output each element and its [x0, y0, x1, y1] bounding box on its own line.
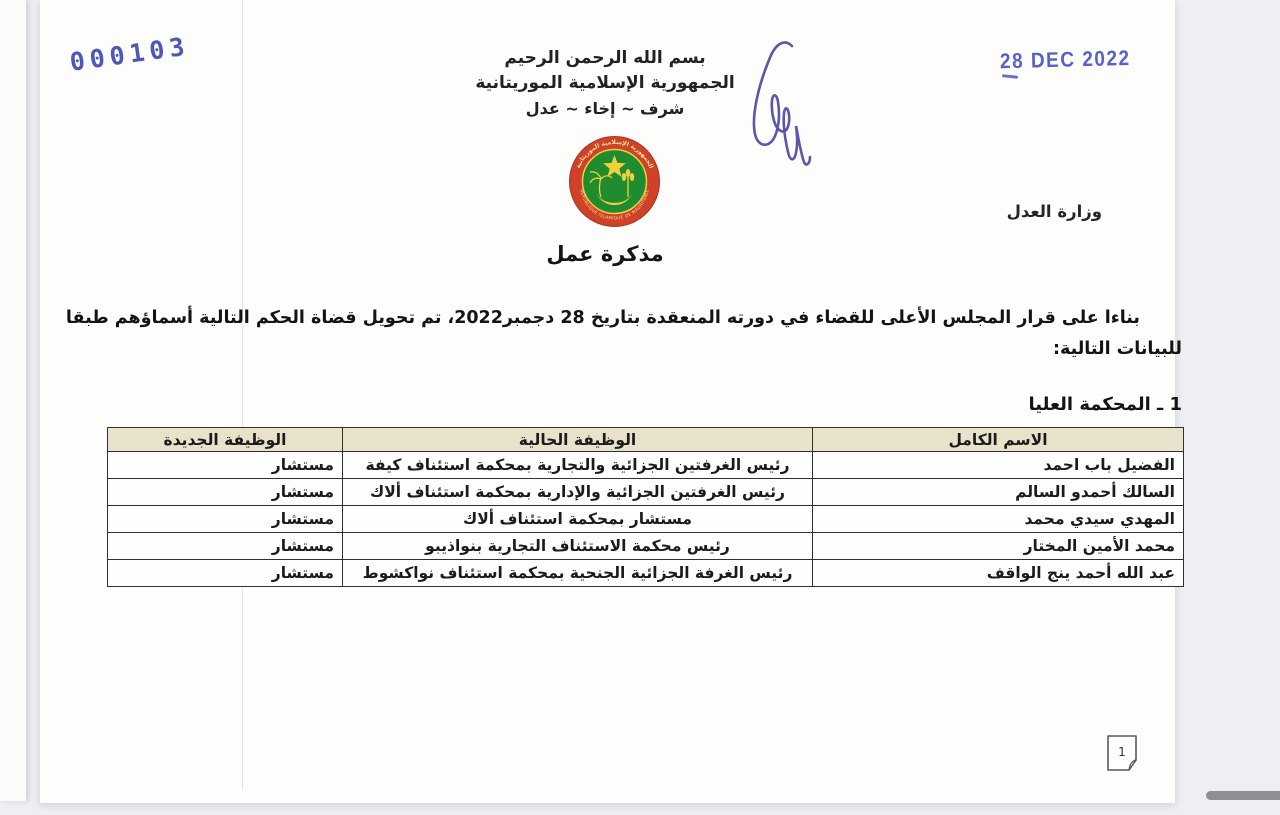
cell-new-position: مستشار: [108, 479, 343, 506]
cell-name: السالك أحمدو السالم: [813, 479, 1184, 506]
cell-name: الفضيل باب احمد: [813, 452, 1184, 479]
horizontal-scrollbar-thumb[interactable]: [1206, 791, 1280, 800]
cell-new-position: مستشار: [108, 560, 343, 587]
page-number-box: 1: [1103, 732, 1141, 774]
header-new-position: الوظيفة الجديدة: [108, 428, 343, 452]
section-heading-supreme-court: 1 ـ المحكمة العليا: [900, 394, 1182, 415]
header-current-position: الوظيفة الحالية: [343, 428, 813, 452]
cell-new-position: مستشار: [108, 533, 343, 560]
page-number: 1: [1118, 745, 1126, 759]
table-row: المهدي سيدي محمد مستشار بمحكمة استئناف أ…: [108, 506, 1184, 533]
table-row: السالك أحمدو السالم رئيس الغرفتين الجزائ…: [108, 479, 1184, 506]
header-full-name: الاسم الكامل: [813, 428, 1184, 452]
ministry-title: وزارة العدل: [930, 202, 1102, 221]
cell-new-position: مستشار: [108, 452, 343, 479]
judges-transfer-table: الاسم الكامل الوظيفة الحالية الوظيفة الج…: [107, 427, 1184, 587]
cell-name: محمد الأمين المختار: [813, 533, 1184, 560]
table-row: الفضيل باب احمد رئيس الغرفتين الجزائية و…: [108, 452, 1184, 479]
table-row: عبد الله أحمد ينج الواقف رئيس الغرفة الج…: [108, 560, 1184, 587]
cell-current-position: رئيس الغرفتين الجزائية والتجارية بمحكمة …: [343, 452, 813, 479]
document-viewer: 000103 28 DEC 2022 بسم الله الرحمن الرحي…: [0, 0, 1280, 815]
cell-current-position: رئيس الغرفة الجزائية الجنحية بمحكمة استئ…: [343, 560, 813, 587]
cell-current-position: مستشار بمحكمة استئناف ألاك: [343, 506, 813, 533]
cell-current-position: رئيس الغرفتين الجزائية والإدارية بمحكمة …: [343, 479, 813, 506]
body-paragraph-line1: بناءا على قرار المجلس الأعلى للقضاء في د…: [112, 304, 1182, 332]
cell-new-position: مستشار: [108, 506, 343, 533]
table-row: محمد الأمين المختار رئيس محكمة الاستئناف…: [108, 533, 1184, 560]
date-stamp: 28 DEC 2022: [1000, 47, 1131, 75]
table-header-row: الاسم الكامل الوظيفة الحالية الوظيفة الج…: [108, 428, 1184, 452]
handwritten-signature-icon: [722, 36, 837, 166]
mauritania-state-seal-icon: الجمهورية الإسلامية الموريتانية REPUBLIQ…: [568, 135, 661, 228]
adjacent-page-edge: [0, 0, 26, 801]
cell-name: المهدي سيدي محمد: [813, 506, 1184, 533]
cell-name: عبد الله أحمد ينج الواقف: [813, 560, 1184, 587]
body-paragraph-line2: للبيانات التالية:: [112, 339, 1182, 359]
document-title: مذكرة عمل: [420, 242, 790, 266]
cell-current-position: رئيس محكمة الاستئناف التجارية بنواذيبو: [343, 533, 813, 560]
page-crease-line: [242, 0, 243, 790]
